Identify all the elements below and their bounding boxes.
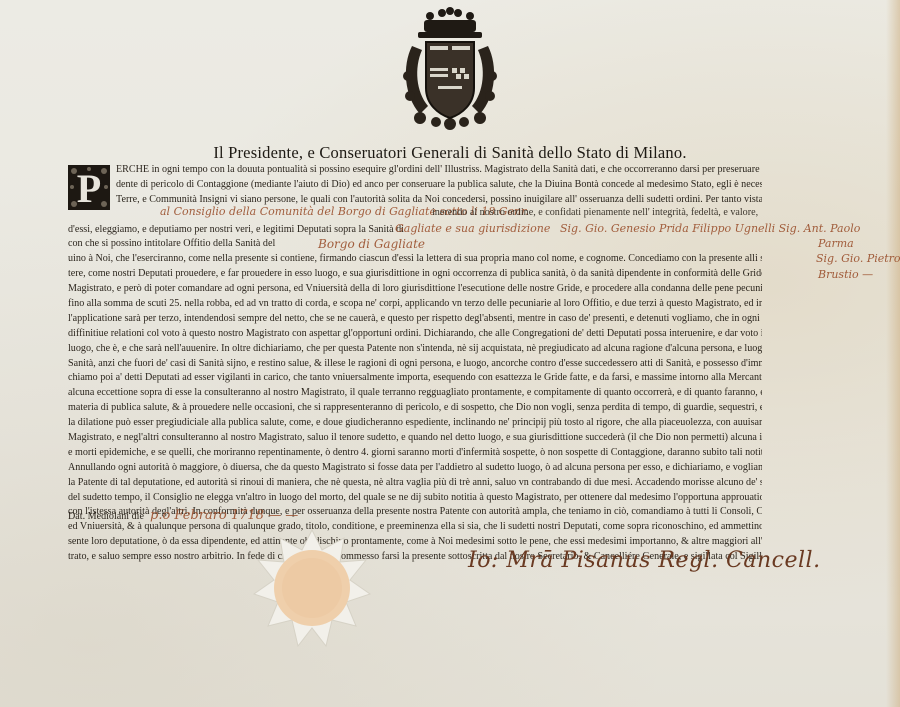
date-label: Dat. Mediolani die — [68, 511, 144, 522]
body-line: fino alla somma de scuti 25. nella robba… — [68, 297, 762, 312]
coat-of-arms-icon — [398, 6, 502, 132]
body-line: l'applicatione sarà per terzo, intendend… — [68, 312, 762, 327]
body-line: Annullando ogni autorità ò maggiore, ò d… — [68, 461, 762, 476]
body-line: ERCHE in ogni tempo con la douuta pontua… — [68, 163, 762, 178]
handwritten-jurisdiction: Gagliate e sua giurisdizione — [395, 222, 550, 235]
body-line: Magistrato, e però di poter comandare ad… — [68, 282, 762, 297]
body-line: alcuna eccettione sopra di esse la consu… — [68, 386, 762, 401]
body-line: la dilatione può esser pregiudiciale all… — [68, 416, 762, 431]
handwritten-margin-name: Sig. Gio. Pietro — [816, 252, 900, 265]
body-line: tere, come nostri Deputati prouedere, e … — [68, 267, 762, 282]
paper-edge-stain — [886, 0, 900, 707]
handwritten-borgo: Borgo di Gagliate — [318, 237, 425, 251]
document-title: Il Presidente, e Conseruatori Generali d… — [0, 143, 900, 163]
body-line: la Patente di tal deputatione, ed autori… — [68, 476, 762, 491]
printed-continuation: inerendo al nostro ordine, e confidati p… — [432, 207, 758, 218]
body-line: luogo, che è, e che sarà nell'auuenire. … — [68, 342, 762, 357]
signature: Io: Mrā Pisanus Regl. Cancell. — [468, 548, 821, 573]
handwritten-margin-brustio: Brustio — — [818, 268, 873, 281]
body-line: diffinitiue relationi col voto à questo … — [68, 327, 762, 342]
handwritten-margin-parma: Parma — [818, 237, 854, 250]
paper-seal-icon — [252, 528, 372, 648]
handwritten-date: p.o Febraro 1718 — — — [150, 508, 298, 523]
handwritten-deputy-names: Sig. Gio. Genesio Prida Filippo Ugnelli … — [560, 222, 860, 235]
body-line: Magistrato, e negl'altri consulteranno a… — [68, 431, 762, 446]
body-line: chiamo poi a' detti Deputati ad esser vi… — [68, 371, 762, 386]
body-line: del sudetto tempo, il Consiglio ne elegg… — [68, 491, 762, 506]
body-line: dente di pericolo di Contaggione (median… — [68, 178, 762, 193]
body-line: uino à Noi, che l'eserciranno, come nell… — [68, 252, 762, 267]
body-line: e morti epidemiche, e se quelli, che mor… — [68, 446, 762, 461]
body-line: materia di publica salute, & à prouedere… — [68, 401, 762, 416]
body-line: Sanità, anzi che fuori de' casi di Sanit… — [68, 357, 762, 372]
